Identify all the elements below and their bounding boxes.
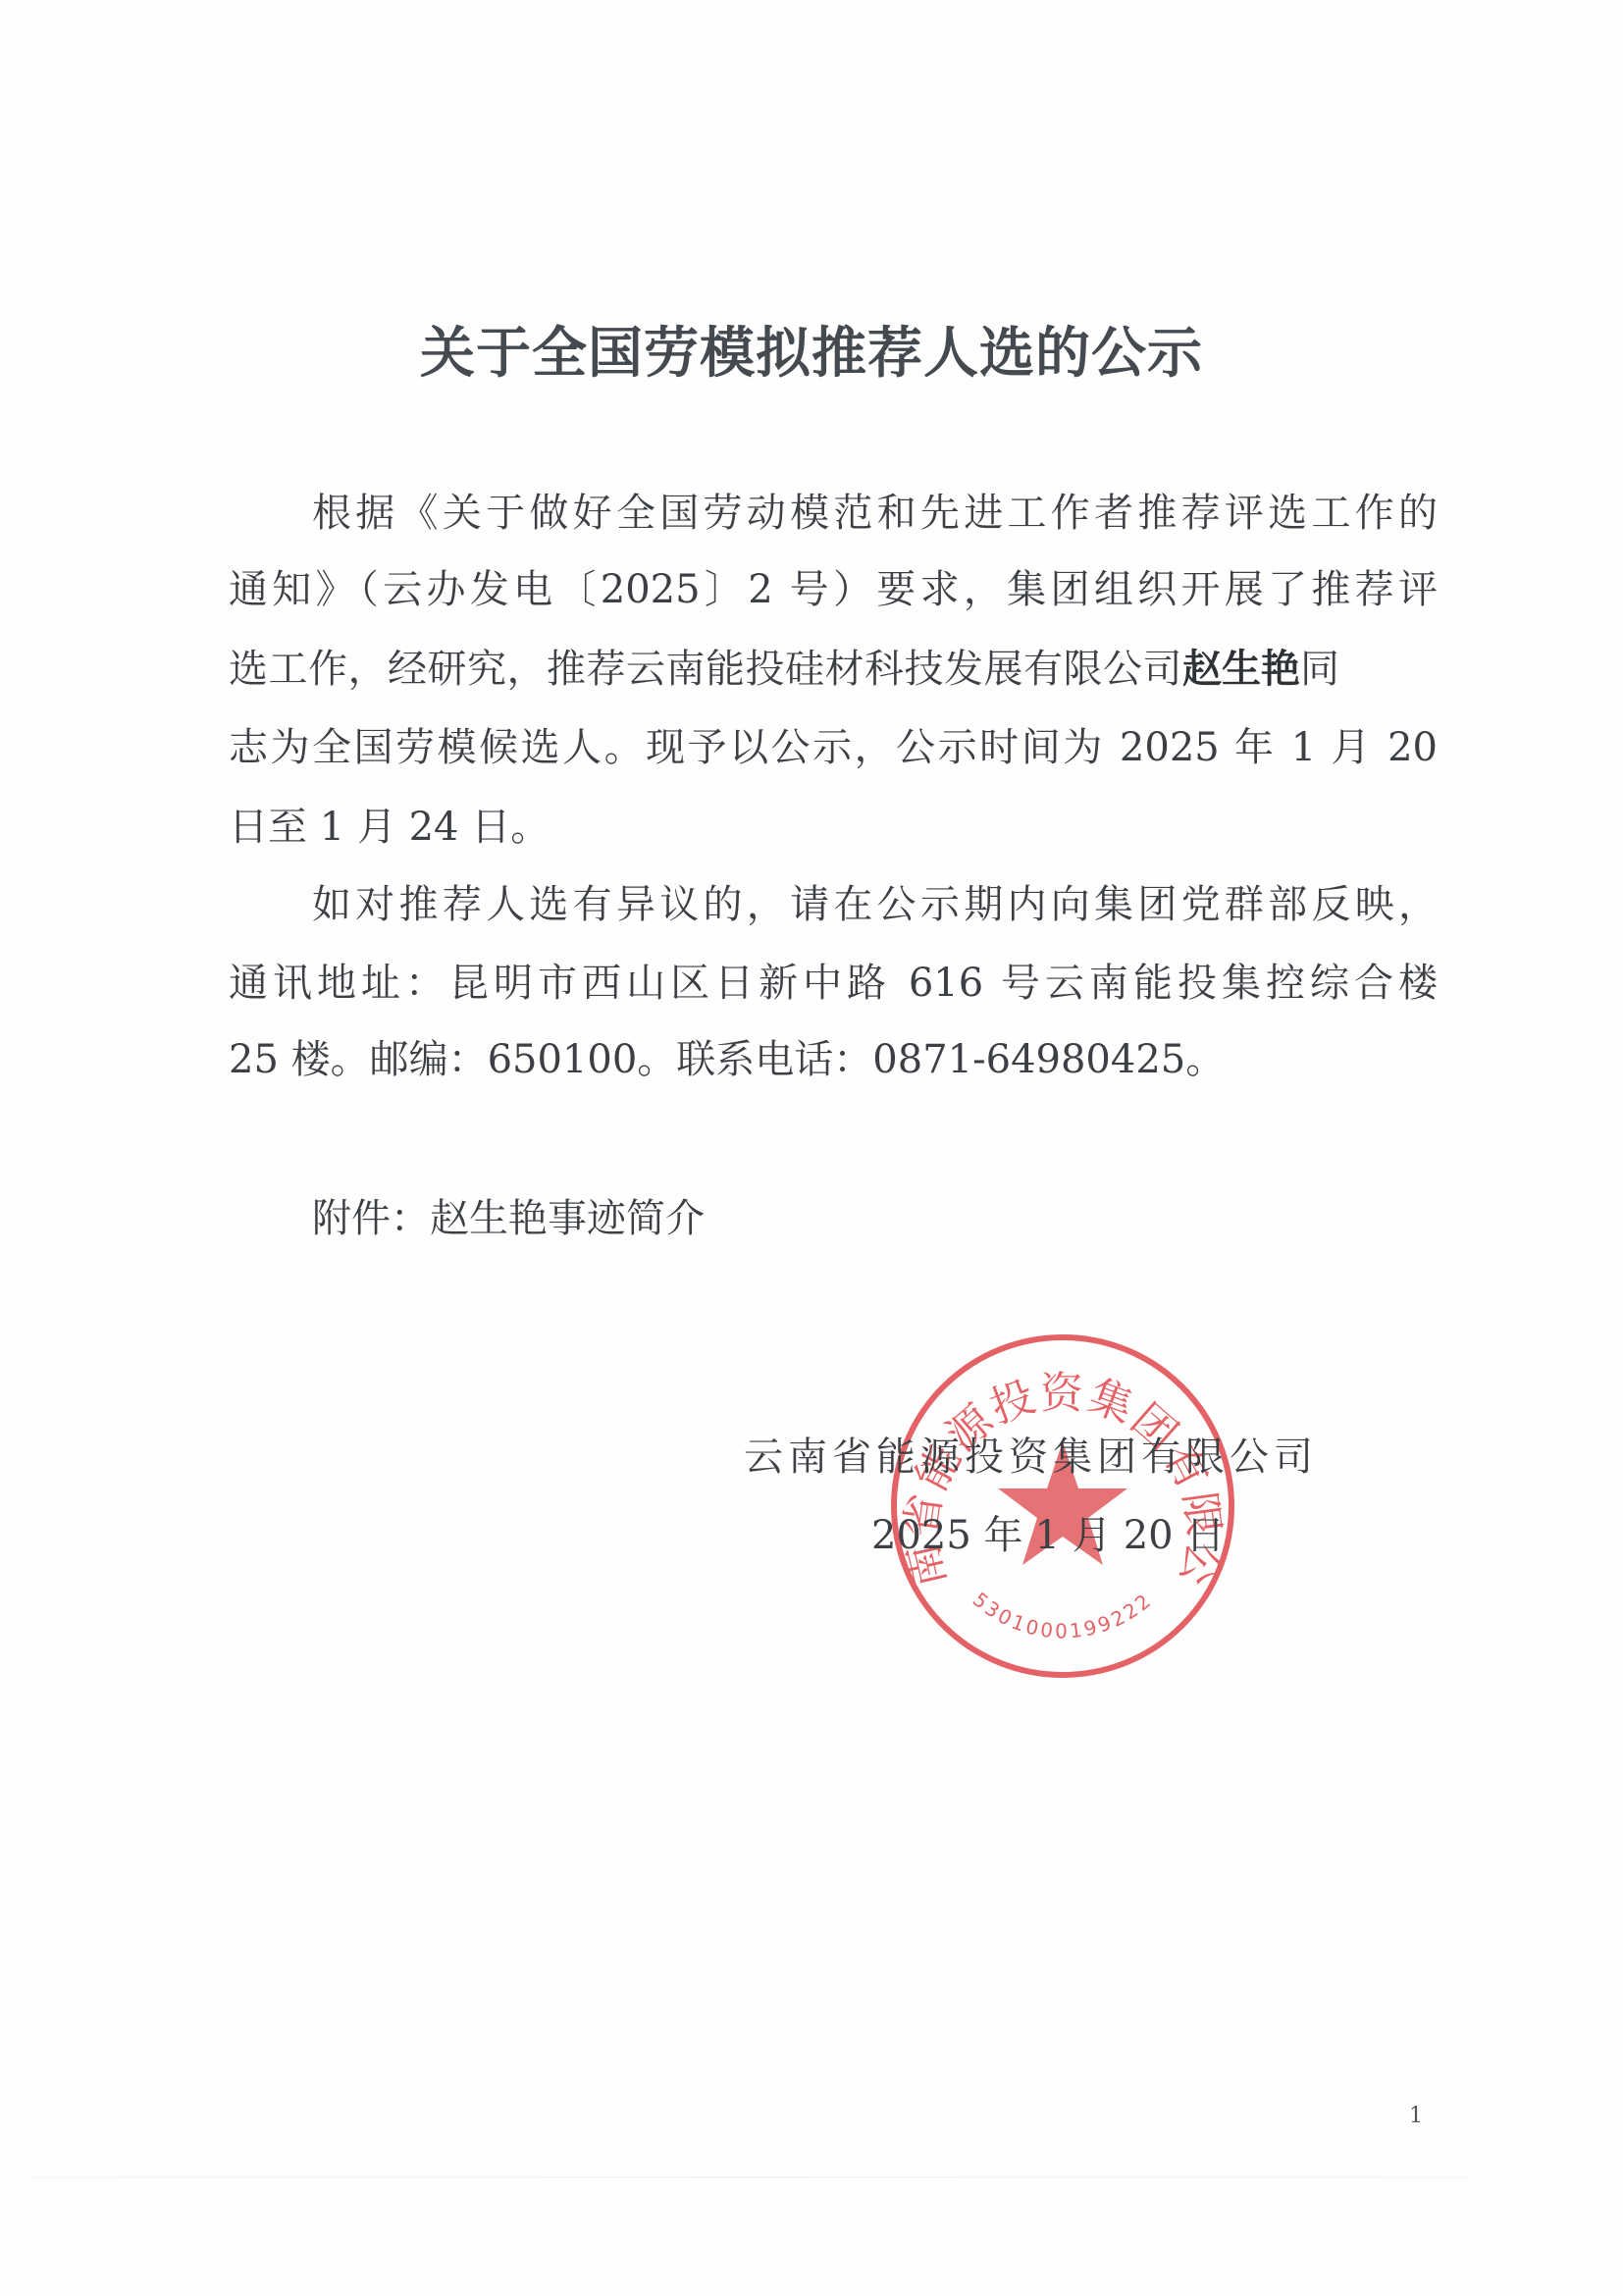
date-day: 20 日 bbox=[1124, 1513, 1226, 1558]
paragraph1-line2: 通知》（云办发电〔2025〕2 号）要求，集团组织开展了推荐评 bbox=[229, 560, 1438, 619]
date-year: 2025 年 bbox=[871, 1513, 1023, 1558]
signature-date: 2025 年1 月20 日 bbox=[871, 1506, 1236, 1565]
nominee-name: 赵生艳 bbox=[1182, 646, 1300, 692]
document-page: 关于全国劳模拟推荐人选的公示 根据《关于做好全国劳动模范和先进工作者推荐评选工作… bbox=[0, 0, 1623, 2296]
paragraph1-line4: 志为全国劳模候选人。现予以公示，公示时间为 2025 年 1 月 20 bbox=[229, 718, 1438, 777]
paragraph1-line3-text: 选工作，经研究，推荐云南能投硅材科技发展有限公司 bbox=[229, 647, 1182, 692]
signature-organization: 云南省能源投资集团有限公司 bbox=[744, 1428, 1318, 1487]
document-title: 关于全国劳模拟推荐人选的公示 bbox=[0, 316, 1623, 391]
paragraph1-line3-suffix: 同 bbox=[1300, 647, 1339, 692]
paragraph1-line3: 选工作，经研究，推荐云南能投硅材科技发展有限公司赵生艳同 bbox=[229, 640, 1438, 699]
svg-text:5301000199222: 5301000199222 bbox=[969, 1588, 1157, 1643]
attachment-note: 附件：赵生艳事迹简介 bbox=[312, 1189, 705, 1248]
paragraph2-line2: 通讯地址：昆明市西山区日新中路 616 号云南能投集控综合楼 bbox=[229, 954, 1438, 1013]
page-number: 1 bbox=[1409, 2104, 1423, 2128]
paragraph1-line5: 日至 1 月 24 日。 bbox=[229, 798, 1438, 857]
date-month: 1 月 bbox=[1035, 1513, 1112, 1558]
scan-artifact-line bbox=[29, 2176, 1472, 2178]
paragraph2-line1: 如对推荐人选有异议的，请在公示期内向集团党群部反映， bbox=[312, 875, 1438, 934]
paragraph1-line1: 根据《关于做好全国劳动模范和先进工作者推荐评选工作的 bbox=[312, 484, 1438, 543]
paragraph2-line3: 25 楼。邮编：650100。联系电话：0871-64980425。 bbox=[229, 1030, 1438, 1089]
